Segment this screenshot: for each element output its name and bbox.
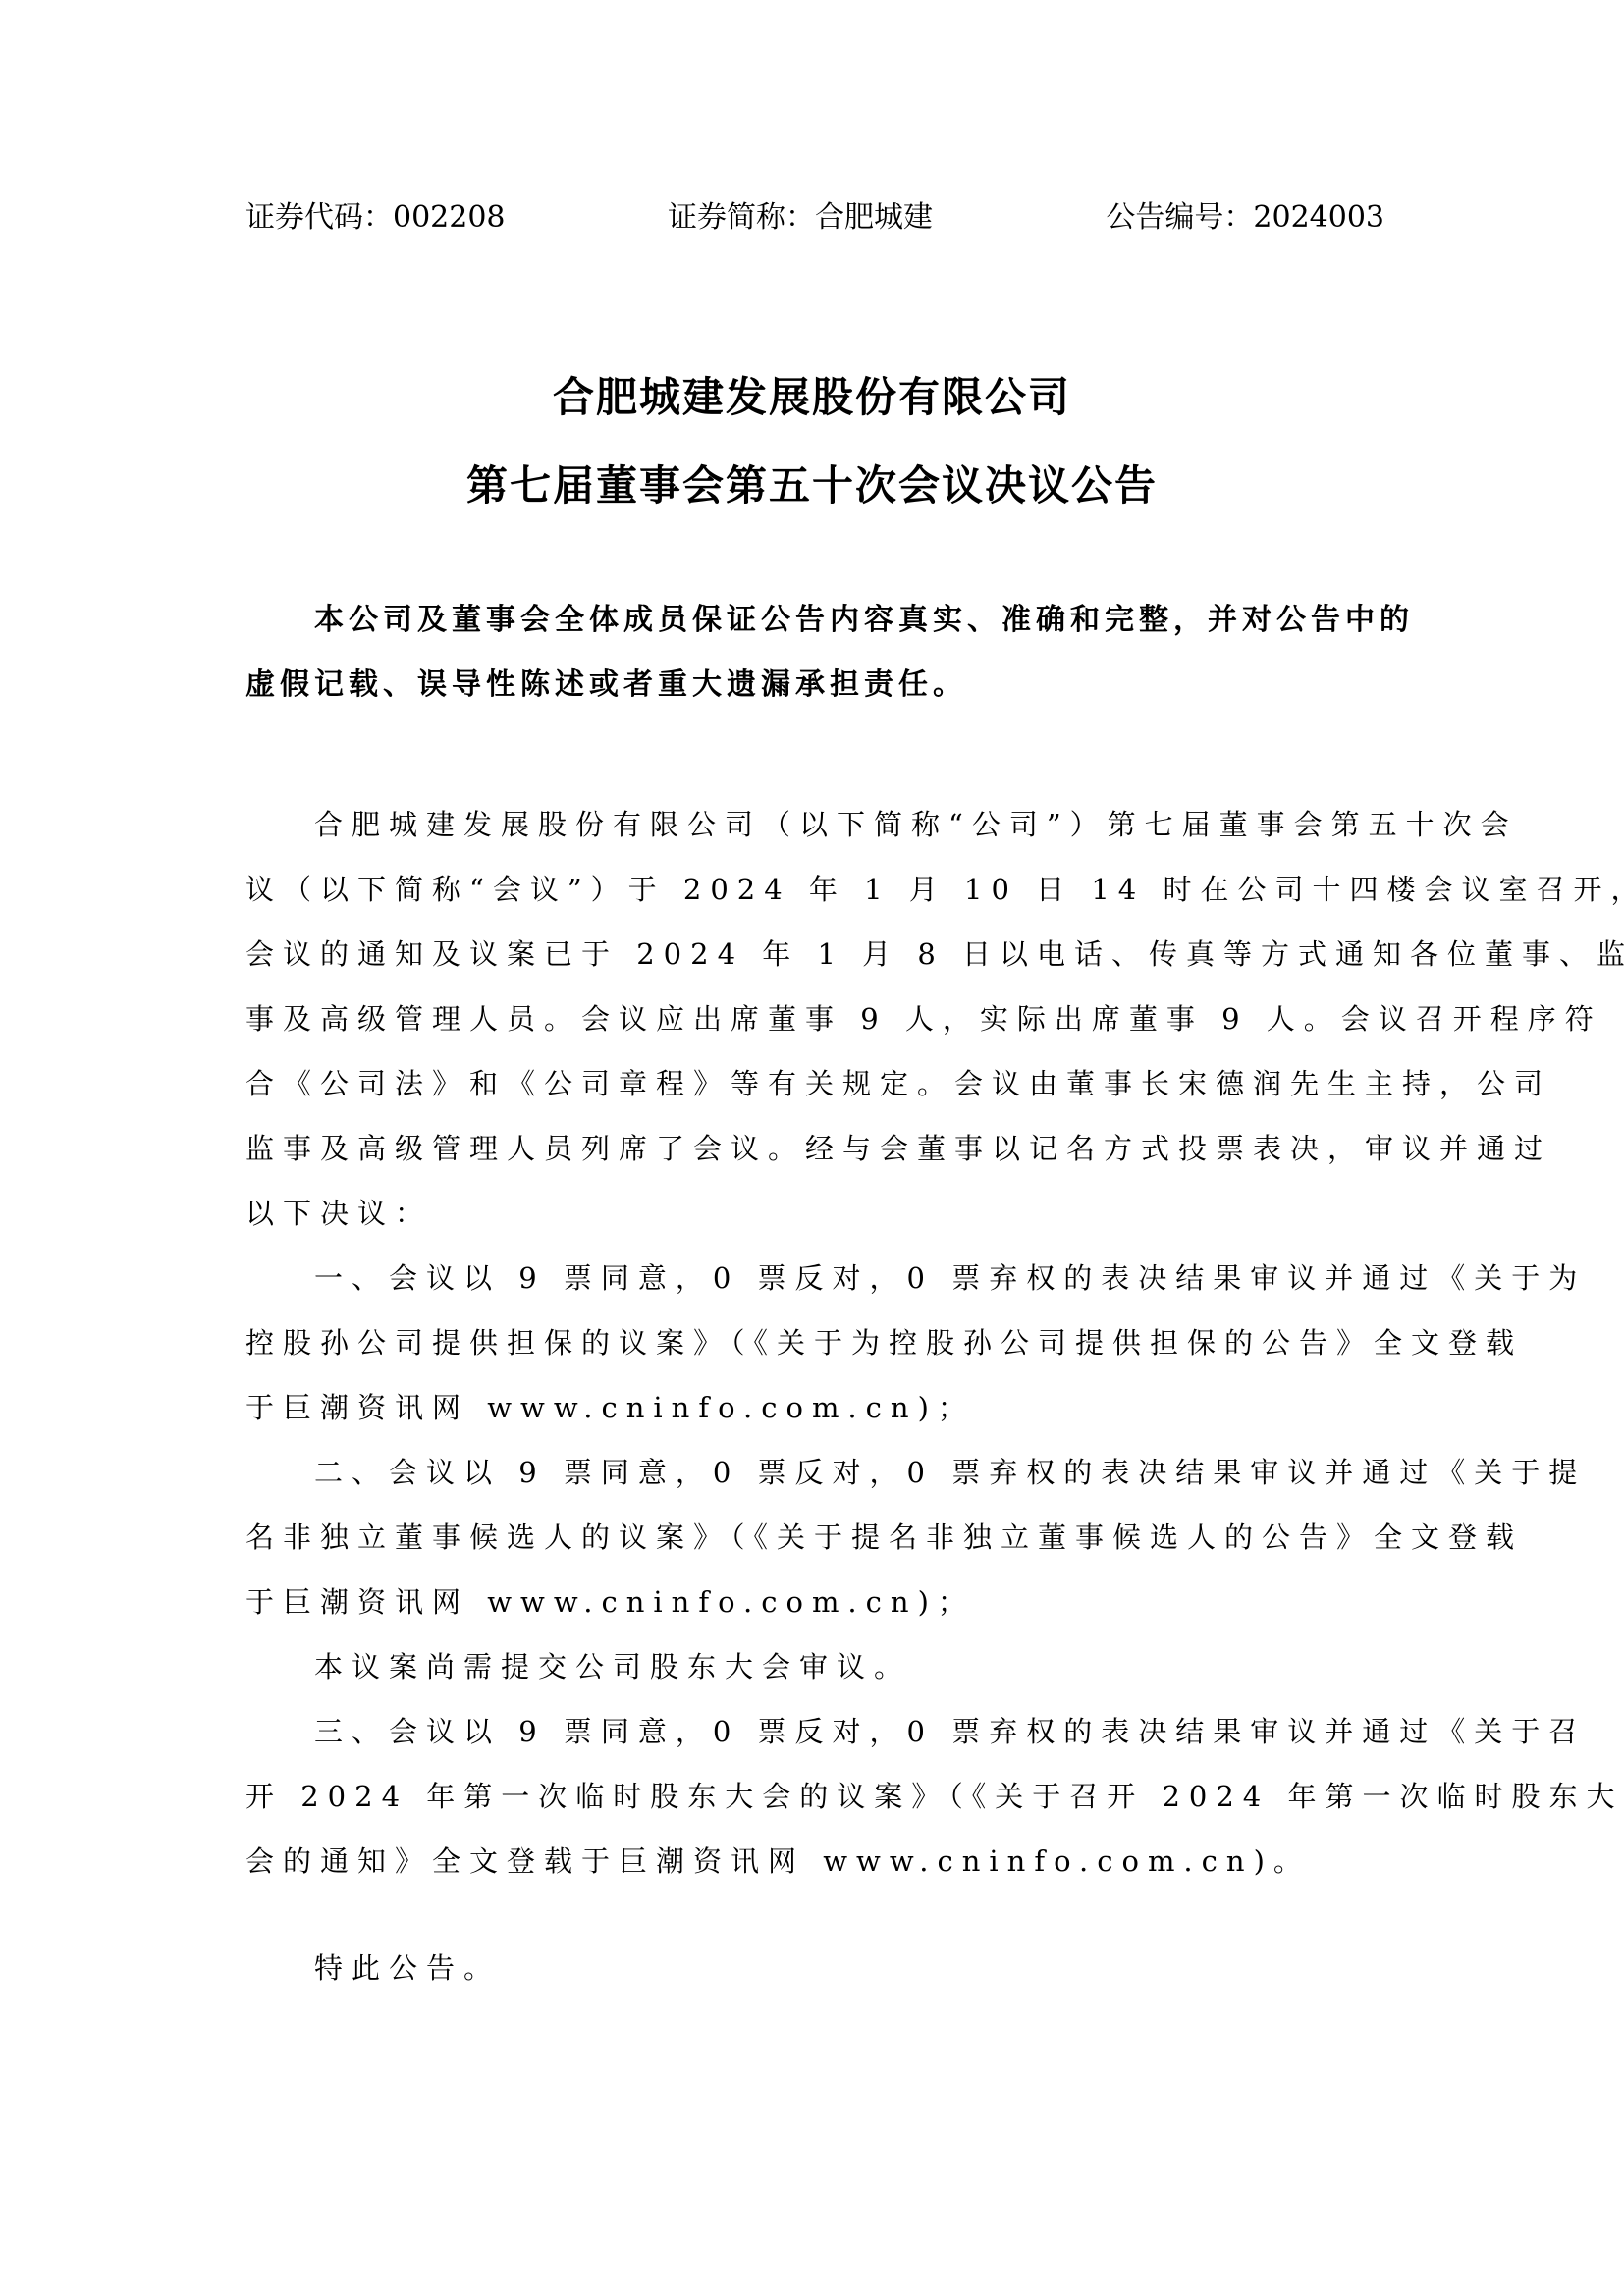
resolution-1-line: 一、会议以 9 票同意，0 票反对，0 票弃权的表决结果审议并通过《关于为	[314, 1258, 1586, 1298]
announcement-number: 公告编号：2024003	[1106, 196, 1384, 240]
resolution-2-note: 本议案尚需提交公司股东大会审议。	[314, 1647, 911, 1686]
resolution-3-line: 开 2024 年第一次临时股东大会的议案》（《关于召开 2024 年第一次临时股…	[245, 1777, 1623, 1816]
security-code: 证券代码：002208	[245, 196, 506, 240]
closing-remark: 特此公告。	[314, 1949, 501, 1988]
statement-line: 本公司及董事会全体成员保证公告内容真实、准确和完整，并对公告中的	[314, 601, 1414, 640]
resolution-1-line: 控股孙公司提供担保的议案》（《关于为控股孙公司提供担保的公告》全文登载	[245, 1323, 1523, 1362]
statement-line: 虚假记载、误导性陈述或者重大遗漏承担责任。	[245, 666, 967, 705]
resolution-3-line: 会的通知》全文登载于巨潮资讯网 www.cninfo.com.cn)。	[245, 1842, 1311, 1881]
resolution-2-line: 二、会议以 9 票同意，0 票反对，0 票弃权的表决结果审议并通过《关于提	[314, 1453, 1586, 1492]
security-short-name: 证券简称：合肥城建	[668, 196, 933, 240]
resolution-3-line: 三、会议以 9 票同意，0 票反对，0 票弃权的表决结果审议并通过《关于召	[314, 1712, 1586, 1751]
intro-line: 合肥城建发展股份有限公司（以下简称“公司”）第七届董事会第五十次会	[314, 805, 1518, 844]
resolution-2-line: 名非独立董事候选人的议案》（《关于提名非独立董事候选人的公告》全文登载	[245, 1518, 1523, 1557]
document-header: 证券代码：002208 证券简称：合肥城建 公告编号：2024003	[245, 196, 1384, 240]
intro-line: 监事及高级管理人员列席了会议。经与会董事以记名方式投票表决，审议并通过	[245, 1129, 1551, 1168]
intro-line: 事及高级管理人员。会议应出席董事 9 人，实际出席董事 9 人。会议召开程序符	[245, 999, 1602, 1039]
company-title: 合肥城建发展股份有限公司	[0, 365, 1624, 424]
resolution-1-line: 于巨潮资讯网 www.cninfo.com.cn)；	[245, 1388, 975, 1427]
intro-line: 合《公司法》和《公司章程》等有关规定。会议由董事长宋德润先生主持，公司	[245, 1064, 1551, 1103]
intro-line: 会议的通知及议案已于 2024 年 1 月 8 日以电话、传真等方式通知各位董事…	[245, 934, 1624, 974]
resolution-2-line: 于巨潮资讯网 www.cninfo.com.cn)；	[245, 1582, 975, 1622]
intro-line: 议（以下简称“会议”）于 2024 年 1 月 10 日 14 时在公司十四楼会…	[245, 870, 1624, 909]
announcement-title: 第七届董事会第五十次会议决议公告	[0, 454, 1624, 512]
intro-line: 以下决议：	[245, 1194, 432, 1233]
